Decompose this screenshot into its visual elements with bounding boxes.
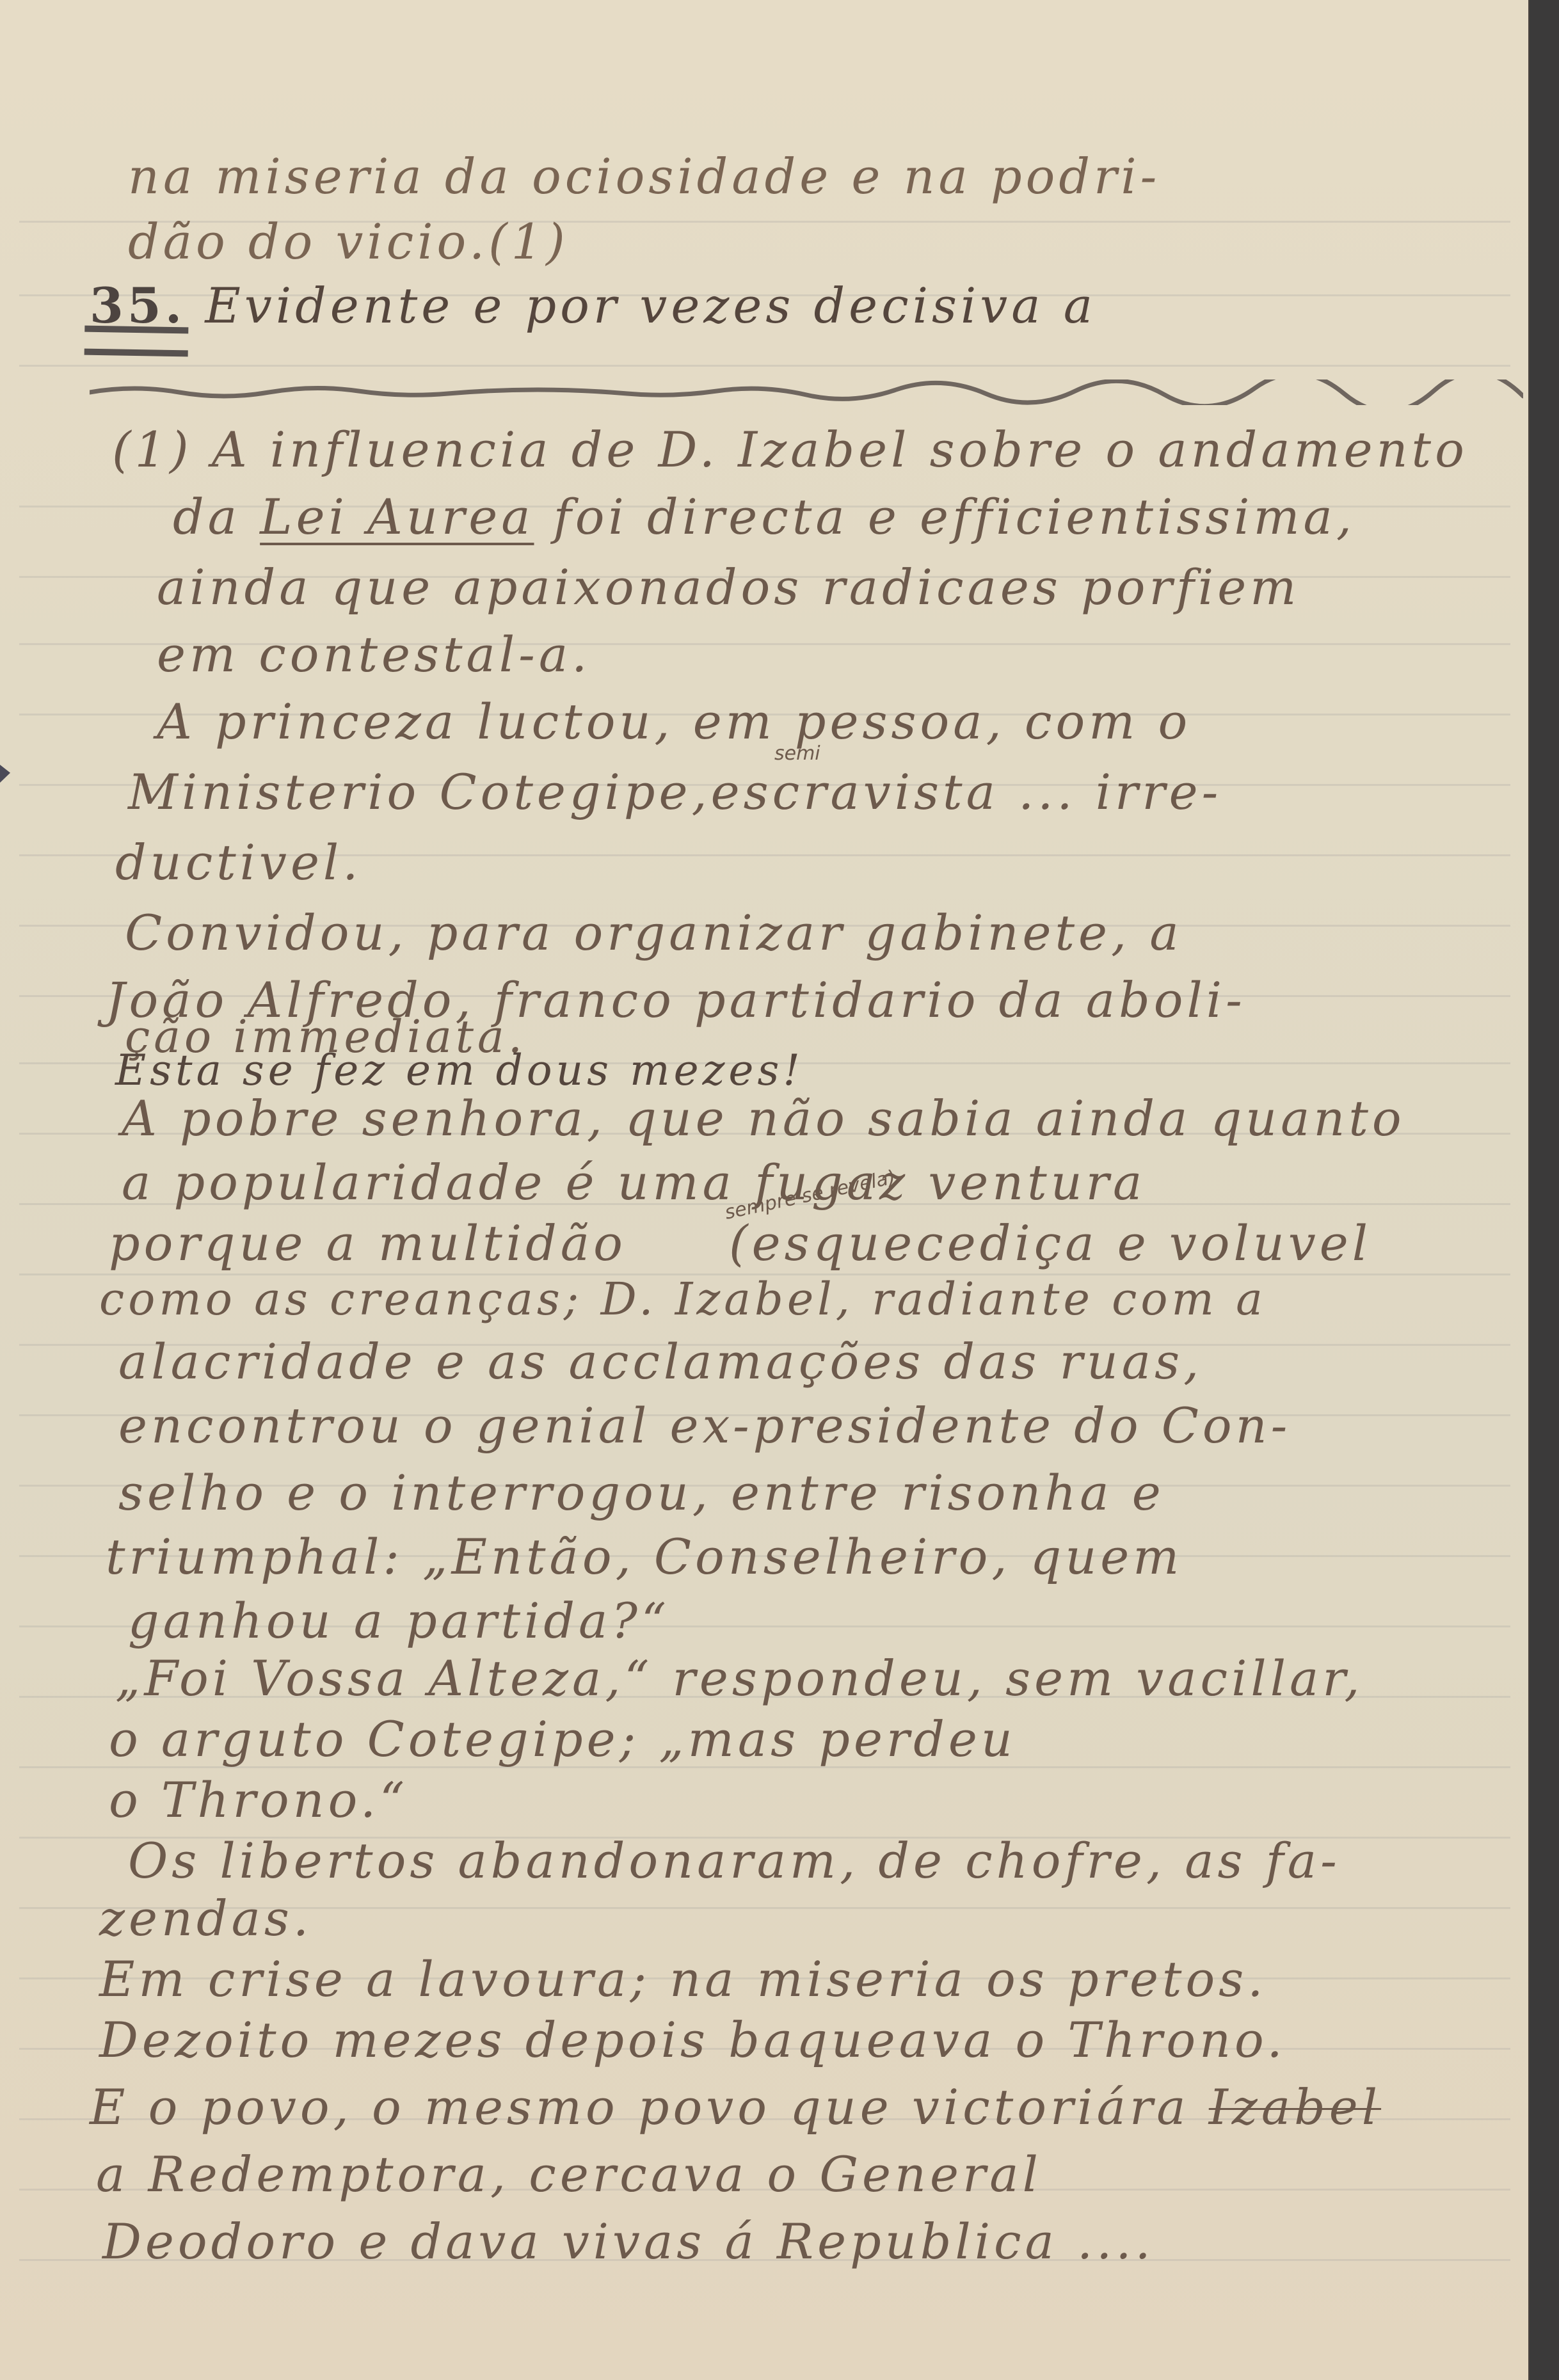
manuscript-page: na miseria da ociosidade e na podri- dão… <box>0 0 1528 2380</box>
footnote-line: a popularidade é uma fugaz ventura <box>122 1158 1146 1207</box>
footnote-line: ductivel. <box>115 838 362 887</box>
footnote-line: Ministerio Cotegipe,escravista ... irre- <box>128 768 1222 817</box>
footnote-line: (1) A influencia de D. Izabel sobre o an… <box>112 426 1468 474</box>
footnote-line: A pobre senhora, que não sabia ainda qua… <box>122 1094 1405 1143</box>
footnote-line: em contestal-a. <box>157 630 591 679</box>
footnote-line: ainda que apaixonados radicaes porfiem <box>157 563 1300 612</box>
footnote-line: encontrou o genial ex-presidente do Con- <box>118 1402 1291 1450</box>
ruled-line <box>19 365 1510 367</box>
footnote-line: Deodoro e dava vivas á Republica .... <box>102 2217 1155 2266</box>
margin-mark-icon <box>0 765 10 783</box>
footnote-line: o arguto Cotegipe; „mas perdeu <box>109 1715 1016 1764</box>
main-text-line: dão do vicio.(1) <box>128 218 569 266</box>
footnote-line: alacridade e as acclamações das ruas, <box>118 1338 1203 1386</box>
footnote-line: „Foi Vossa Alteza,“ respondeu, sem vacil… <box>115 1654 1363 1703</box>
page-edge-border <box>1528 0 1559 2380</box>
footnote-line: Convidou, para organizar gabinete, a <box>125 909 1183 957</box>
footnote-line: ganhou a partida?“ <box>128 1597 670 1645</box>
footnote-line: A princeza luctou, em pessoa, com o <box>157 698 1191 746</box>
footnote-line: porque a multidão (esquecediça e voluvel <box>109 1219 1371 1268</box>
wavy-separator <box>90 379 1523 405</box>
footnote-line: E o povo, o mesmo povo que victoriára Iz… <box>90 2083 1381 2132</box>
footnote-line: selho e o interrogou, entre risonha e <box>118 1469 1165 1517</box>
footnote-line: a Redemptora, cercava o General <box>96 2150 1042 2199</box>
interlinear-insertion: semi <box>774 742 820 765</box>
main-text-line: 35. Evidente e por vezes decisiva a <box>90 282 1096 330</box>
footnote-line: triumphal: „Então, Conselheiro, quem <box>106 1533 1183 1581</box>
paragraph-number: 35. <box>90 277 186 334</box>
footnote-line: Dezoito mezes depois baqueava o Throno. <box>99 2016 1286 2065</box>
struck-word: Izabel <box>1209 2079 1381 2136</box>
footnote-line: como as creanças; D. Izabel, radiante co… <box>99 1277 1267 1322</box>
footnote-marker: (1) <box>112 421 193 478</box>
footnote-line: Em crise a lavoura; na miseria os pretos… <box>99 1955 1267 2004</box>
footnote-line: o Throno.“ <box>109 1776 408 1825</box>
main-text-line: na miseria da ociosidade e na podri- <box>128 152 1160 201</box>
footnote-line: zendas. <box>99 1894 312 1943</box>
footnote-line: Esta se fez em dous mezes! <box>115 1050 804 1092</box>
footnote-line: da Lei Aurea foi directa e efficientissi… <box>173 493 1355 541</box>
main-text-line-content: Evidente e por vezes decisiva a <box>205 277 1096 334</box>
underlined-lei-aurea: Lei Aurea <box>260 488 534 545</box>
footnote-line: Os libertos abandonaram, de chofre, as f… <box>128 1837 1341 1885</box>
